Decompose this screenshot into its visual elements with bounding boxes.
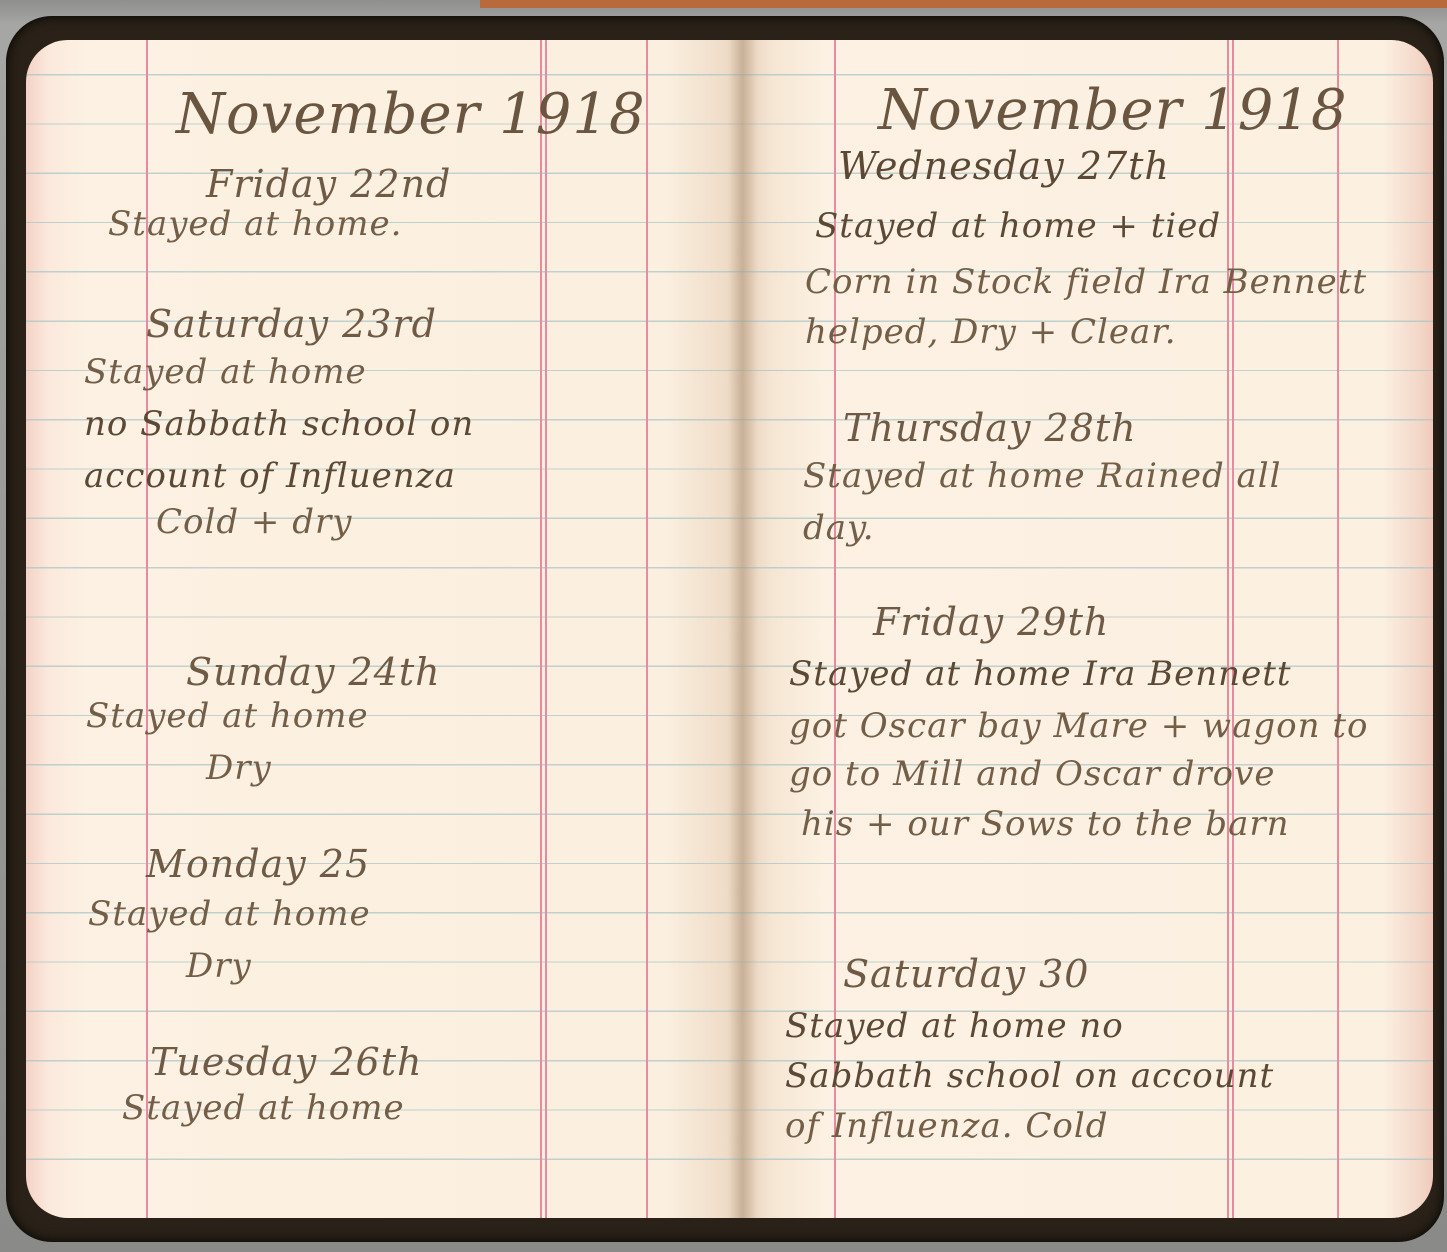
month-heading: November 1918: [878, 78, 1348, 143]
entry-line: helped, Dry + Clear.: [805, 312, 1177, 352]
right-page: November 1918 Wednesday 27th Stayed at h…: [743, 40, 1433, 1218]
column-line: [1227, 40, 1229, 1218]
entry-day: Friday 22nd: [206, 162, 451, 206]
entry-line: Dry: [186, 946, 252, 986]
entry-day: Wednesday 27th: [838, 144, 1170, 188]
entry-line: Stayed at home no: [785, 1006, 1124, 1046]
column-line: [540, 40, 542, 1218]
entry-line: Stayed at home: [88, 894, 371, 934]
entry-line: Corn in Stock field Ira Bennett: [805, 262, 1367, 302]
entry-line: Cold + dry: [156, 502, 352, 542]
month-heading: November 1918: [176, 82, 646, 147]
entry-day: Tuesday 26th: [150, 1040, 422, 1084]
entry-line: Sabbath school on account: [785, 1056, 1274, 1096]
entry-line: Dry: [206, 748, 272, 788]
entry-day: Saturday 30: [843, 952, 1089, 996]
entry-line: his + our Sows to the barn: [801, 804, 1290, 844]
entry-line: account of Influenza: [84, 456, 456, 496]
entry-line: Stayed at home: [86, 696, 369, 736]
entry-line: Stayed at home.: [108, 204, 402, 244]
entry-line: Stayed at home Rained all: [803, 456, 1282, 496]
entry-line: go to Mill and Oscar drove: [789, 754, 1275, 794]
entry-line: of Influenza. Cold: [785, 1106, 1109, 1146]
book-spine: [728, 40, 758, 1218]
entry-day: Sunday 24th: [186, 650, 441, 694]
entry-line: day.: [803, 508, 875, 548]
entry-day: Monday 25: [146, 842, 370, 886]
column-line: [1232, 40, 1234, 1218]
entry-line: no Sabbath school on: [84, 404, 474, 444]
entry-line: Stayed at home + tied: [815, 206, 1221, 246]
entry-line: Stayed at home: [84, 352, 367, 392]
column-line: [545, 40, 547, 1218]
entry-day: Thursday 28th: [843, 406, 1137, 450]
entry-line: got Oscar bay Mare + wagon to: [789, 706, 1368, 746]
entry-day: Saturday 23rd: [146, 302, 437, 346]
entry-line: Stayed at home: [122, 1088, 405, 1128]
scanner-edge-strip: [480, 0, 1447, 8]
column-line: [1337, 40, 1339, 1218]
entry-line: Stayed at home Ira Bennett: [789, 654, 1292, 694]
column-line: [646, 40, 648, 1218]
left-page: November 1918 Friday 22nd Stayed at home…: [26, 40, 743, 1218]
entry-day: Friday 29th: [873, 600, 1109, 644]
